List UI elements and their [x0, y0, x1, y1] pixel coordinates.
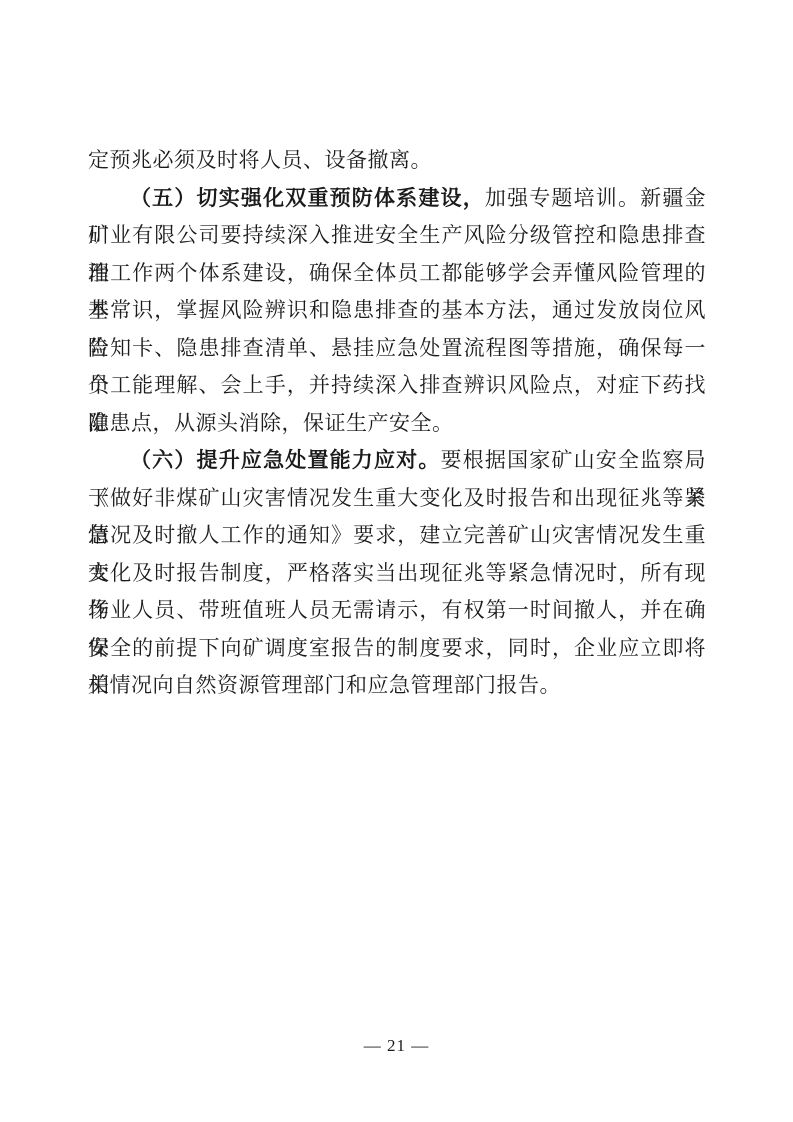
- text-line-section-6-heading: （六）提升应急处置能力应对。要根据国家矿山安全监察局《关: [88, 442, 706, 480]
- text-line: 告知卡、隐患排查清单、悬挂应急处置流程图等措施，确保每一个: [88, 330, 706, 368]
- text-line: 理工作两个体系建设，确保全体员工都能够学会弄懂风险管理的基: [88, 255, 706, 293]
- document-body: 定预兆必须及时将人员、设备撤离。 （五）切实强化双重预防体系建设，加强专题培训。…: [88, 142, 706, 705]
- text-line: 定预兆必须及时将人员、设备撤离。: [88, 142, 706, 180]
- text-line: 员工能理解、会上手，并持续深入排查辨识风险点，对症下药找准: [88, 367, 706, 405]
- text-line: 隐患点，从源头消除，保证生产安全。: [88, 405, 706, 443]
- document-page: 定预兆必须及时将人员、设备撤离。 （五）切实强化双重预防体系建设，加强专题培训。…: [0, 0, 793, 1122]
- text-line-section-5-heading: （五）切实强化双重预防体系建设，加强专题培训。新疆金川: [88, 180, 706, 218]
- section-5-heading: （五）切实强化双重预防体系建设，: [130, 186, 485, 210]
- text-line: 关情况向自然资源管理部门和应急管理部门报告。: [88, 667, 706, 705]
- text-segment: 定预兆必须及时将人员、设备撤离。: [88, 148, 432, 172]
- text-line: 于做好非煤矿山灾害情况发生重大变化及时报告和出现征兆等紧急: [88, 480, 706, 518]
- page-number: — 21 —: [0, 1036, 793, 1056]
- text-line: 作业人员、带班值班人员无需请示，有权第一时间撤人，并在确保: [88, 592, 706, 630]
- text-segment: 隐患点，从源头消除，保证生产安全。: [88, 411, 454, 435]
- text-line: 矿业有限公司要持续深入推进安全生产风险分级管控和隐患排查治: [88, 217, 706, 255]
- text-segment: 关情况向自然资源管理部门和应急管理部门报告。: [88, 673, 561, 697]
- text-line: 情况及时撤人工作的通知》要求，建立完善矿山灾害情况发生重大: [88, 517, 706, 555]
- text-line: 安全的前提下向矿调度室报告的制度要求，同时，企业应立即将相: [88, 630, 706, 668]
- text-line: 变化及时报告制度，严格落实当出现征兆等紧急情况时，所有现场: [88, 555, 706, 593]
- text-line: 本常识，掌握风险辨识和隐患排查的基本方法，通过发放岗位风险: [88, 292, 706, 330]
- section-6-heading: （六）提升应急处置能力应对。: [130, 448, 441, 472]
